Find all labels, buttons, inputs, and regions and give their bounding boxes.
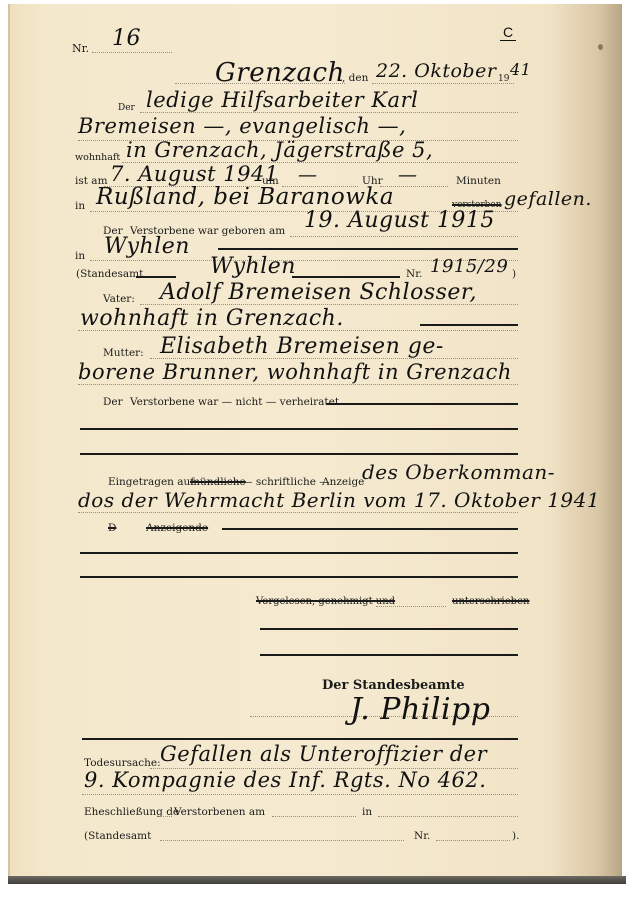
residence: in Grenzach, Jägerstraße 5, <box>126 138 433 162</box>
registrar-title: Der Standesbeamte <box>322 678 465 693</box>
vater-label: Vater: <box>103 293 135 305</box>
approval-rule-2 <box>260 654 518 656</box>
marriage-close-paren: ). <box>512 830 519 842</box>
death-hour: — <box>298 164 318 186</box>
birth-register-number: 1915/29 <box>430 256 508 277</box>
anzeige-label: Anzeige <box>322 476 364 488</box>
standesamt-label: (Standesamt <box>76 268 143 280</box>
blank-rule-1 <box>80 428 518 430</box>
mother-maiden-residence: borene Brunner, wohnhaft in Grenzach <box>78 360 512 384</box>
marriage-standesamt-label: (Standesamt <box>84 830 151 842</box>
birth-date-line <box>290 236 518 237</box>
record-number: 16 <box>112 26 141 51</box>
registrar-signature: J. Philipp <box>350 692 490 727</box>
death-minutes: — <box>398 164 418 186</box>
vorgelesen-struck: Vorgelesen, genehmigt und <box>256 596 395 607</box>
mother-name: Elisabeth Bremeisen ge- <box>160 334 444 359</box>
father-residence: wohnhaft in Grenzach. <box>80 306 344 331</box>
signature-rule <box>82 738 518 740</box>
marriage-in-label: in <box>362 806 372 818</box>
blank-rule-2 <box>80 453 518 455</box>
registration-place: Grenzach <box>215 58 345 88</box>
der-prefix-marital: Der <box>103 396 123 408</box>
marital-status: Verstorbene war — nicht — verheiratet <box>130 396 339 408</box>
birth-date: 19. August 1915 <box>304 208 495 233</box>
approval-rule-1 <box>260 628 518 630</box>
birth-in-label: in <box>75 250 85 262</box>
year-prefix: 19 <box>498 74 509 84</box>
der-prefix: Der <box>118 103 135 113</box>
book-binding-edge <box>8 876 626 884</box>
blank-rule-4 <box>80 576 518 578</box>
deceased-line-1 <box>140 112 518 113</box>
marriage-date-line <box>272 816 356 817</box>
blank-rule-3 <box>80 552 518 554</box>
vater-fill-rule <box>420 324 518 326</box>
father-name-occupation: Adolf Bremeisen Schlosser, <box>160 280 477 305</box>
nr-dotted-line <box>92 52 172 53</box>
standesamt-fill-rule-1 <box>136 276 176 278</box>
report-source-line-1: des Oberkomman- <box>362 460 555 484</box>
anzeigende-prefix-struck: D <box>108 522 116 534</box>
gefallen: gefallen. <box>504 188 592 210</box>
year-suffix: 41 <box>510 60 531 79</box>
anzeigende-struck: Anzeigende <box>146 522 208 534</box>
anzeigende-fill-rule <box>222 528 518 530</box>
minuten-label: Minuten <box>456 175 501 187</box>
unterschrieben-struck: unterschrieben <box>452 596 529 607</box>
report-source-line-2: dos der Wehrmacht Berlin vom 17. Oktober… <box>78 488 600 512</box>
den-label: , den <box>342 72 368 84</box>
birth-close-paren: ) <box>512 268 516 280</box>
cause-of-death-line-2: 9. Kompagnie des Inf. Rgts. No 462. <box>84 768 486 792</box>
paper-stain <box>598 44 603 50</box>
registration-date: 22. Oktober <box>376 60 496 82</box>
form-letter: C <box>500 24 516 41</box>
marriage-de-line <box>160 816 172 817</box>
deceased-occupation-name: ledige Hilfsarbeiter Karl <box>146 88 418 112</box>
marriage-place-line <box>378 816 518 817</box>
mutter-label: Mutter: <box>103 347 144 359</box>
mutter-line-2 <box>78 384 518 385</box>
deceased-surname-religion: Bremeisen —, evangelisch —, <box>78 114 406 138</box>
birth-place-fill-rule <box>218 248 518 250</box>
standesamt-fill-rule-2 <box>292 276 400 278</box>
nr-label: Nr. <box>72 42 89 55</box>
birth-standesamt: Wyhlen <box>210 254 296 279</box>
eingetragen-label: Eingetragen auf <box>108 476 194 488</box>
death-date: 7. August 1941 <box>110 162 279 186</box>
marriage-nr-line <box>436 840 510 841</box>
verstorbenen-am-label: Verstorbenen am <box>174 806 265 818</box>
birth-nr-label: Nr. <box>406 268 422 280</box>
death-place: Rußland, bei Baranowka <box>96 184 394 210</box>
marriage-nr-label: Nr. <box>414 830 430 842</box>
birth-place: Wyhlen <box>104 234 190 259</box>
date-dotted-line <box>372 83 514 84</box>
in-label: in <box>75 200 85 212</box>
cause-line-2 <box>82 794 518 795</box>
cause-of-death-line-1: Gefallen als Unteroffizier der <box>160 742 487 766</box>
registration-line-2 <box>78 512 518 513</box>
muendliche-struck: mündliche <box>190 476 246 488</box>
approval-dotted-line <box>376 606 446 607</box>
marital-fill-rule <box>326 403 518 405</box>
marriage-standesamt-line <box>160 840 404 841</box>
schriftliche-label: — schriftliche — <box>242 476 330 488</box>
